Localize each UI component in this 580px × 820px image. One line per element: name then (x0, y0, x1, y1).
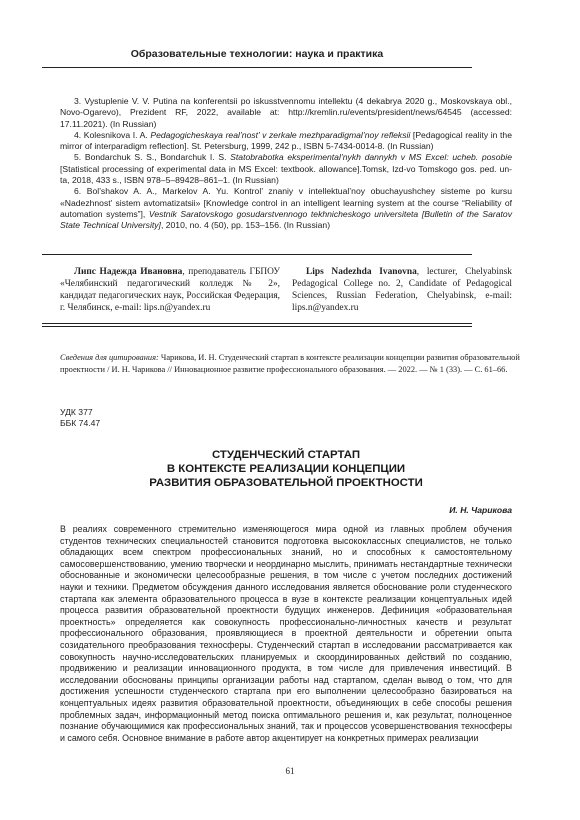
article-title: СТУДЕНЧЕСКИЙ СТАРТАП В КОНТЕКСТЕ РЕАЛИЗА… (60, 448, 512, 490)
section-rule-bottom (42, 326, 472, 327)
author-name-en: Lips Nadezhda Ivanovna (306, 267, 417, 277)
header-rule (42, 67, 472, 68)
reference-item: 3. Vystuplenie V. V. Putina na konferent… (60, 96, 512, 130)
abstract-text: В реалиях современного стремительно изме… (60, 524, 512, 744)
reference-item: 5. Bondarchuk S. S., Bondarchuk I. S. St… (60, 152, 512, 186)
references-end-rule (42, 254, 472, 255)
citation-label: Сведения для цитирования: (60, 353, 159, 362)
references-list: 3. Vystuplenie V. V. Putina na konferent… (60, 96, 512, 232)
abstract: В реалиях современного стремительно изме… (60, 524, 512, 744)
author-info-ru: Липс Надежда Ивановна, преподаватель ГБП… (60, 266, 280, 314)
section-rule-top (42, 323, 472, 324)
article-author: И. Н. Чарикова (60, 505, 512, 515)
reference-item: 4. Kolesnikova I. A. Pedagogicheskaya re… (60, 130, 512, 153)
bbk-code: ББК 74.47 (60, 418, 100, 429)
citation-block: Сведения для цитирования: Чарикова, И. Н… (60, 352, 522, 376)
author-info: Липс Надежда Ивановна, преподаватель ГБП… (60, 266, 512, 314)
author-name-ru: Липс Надежда Ивановна (74, 267, 182, 277)
classification-codes: УДК 377 ББК 74.47 (60, 407, 100, 429)
page-number: 61 (0, 766, 580, 776)
udk-code: УДК 377 (60, 407, 100, 418)
author-info-en: Lips Nadezhda Ivanovna, lecturer, Chelya… (292, 266, 512, 314)
reference-item: 6. Bol’shakov A. A., Markelov A. Yu. Kon… (60, 186, 512, 231)
running-head: Образовательные технологии: наука и прак… (42, 48, 472, 60)
journal-page: Образовательные технологии: наука и прак… (0, 0, 580, 820)
